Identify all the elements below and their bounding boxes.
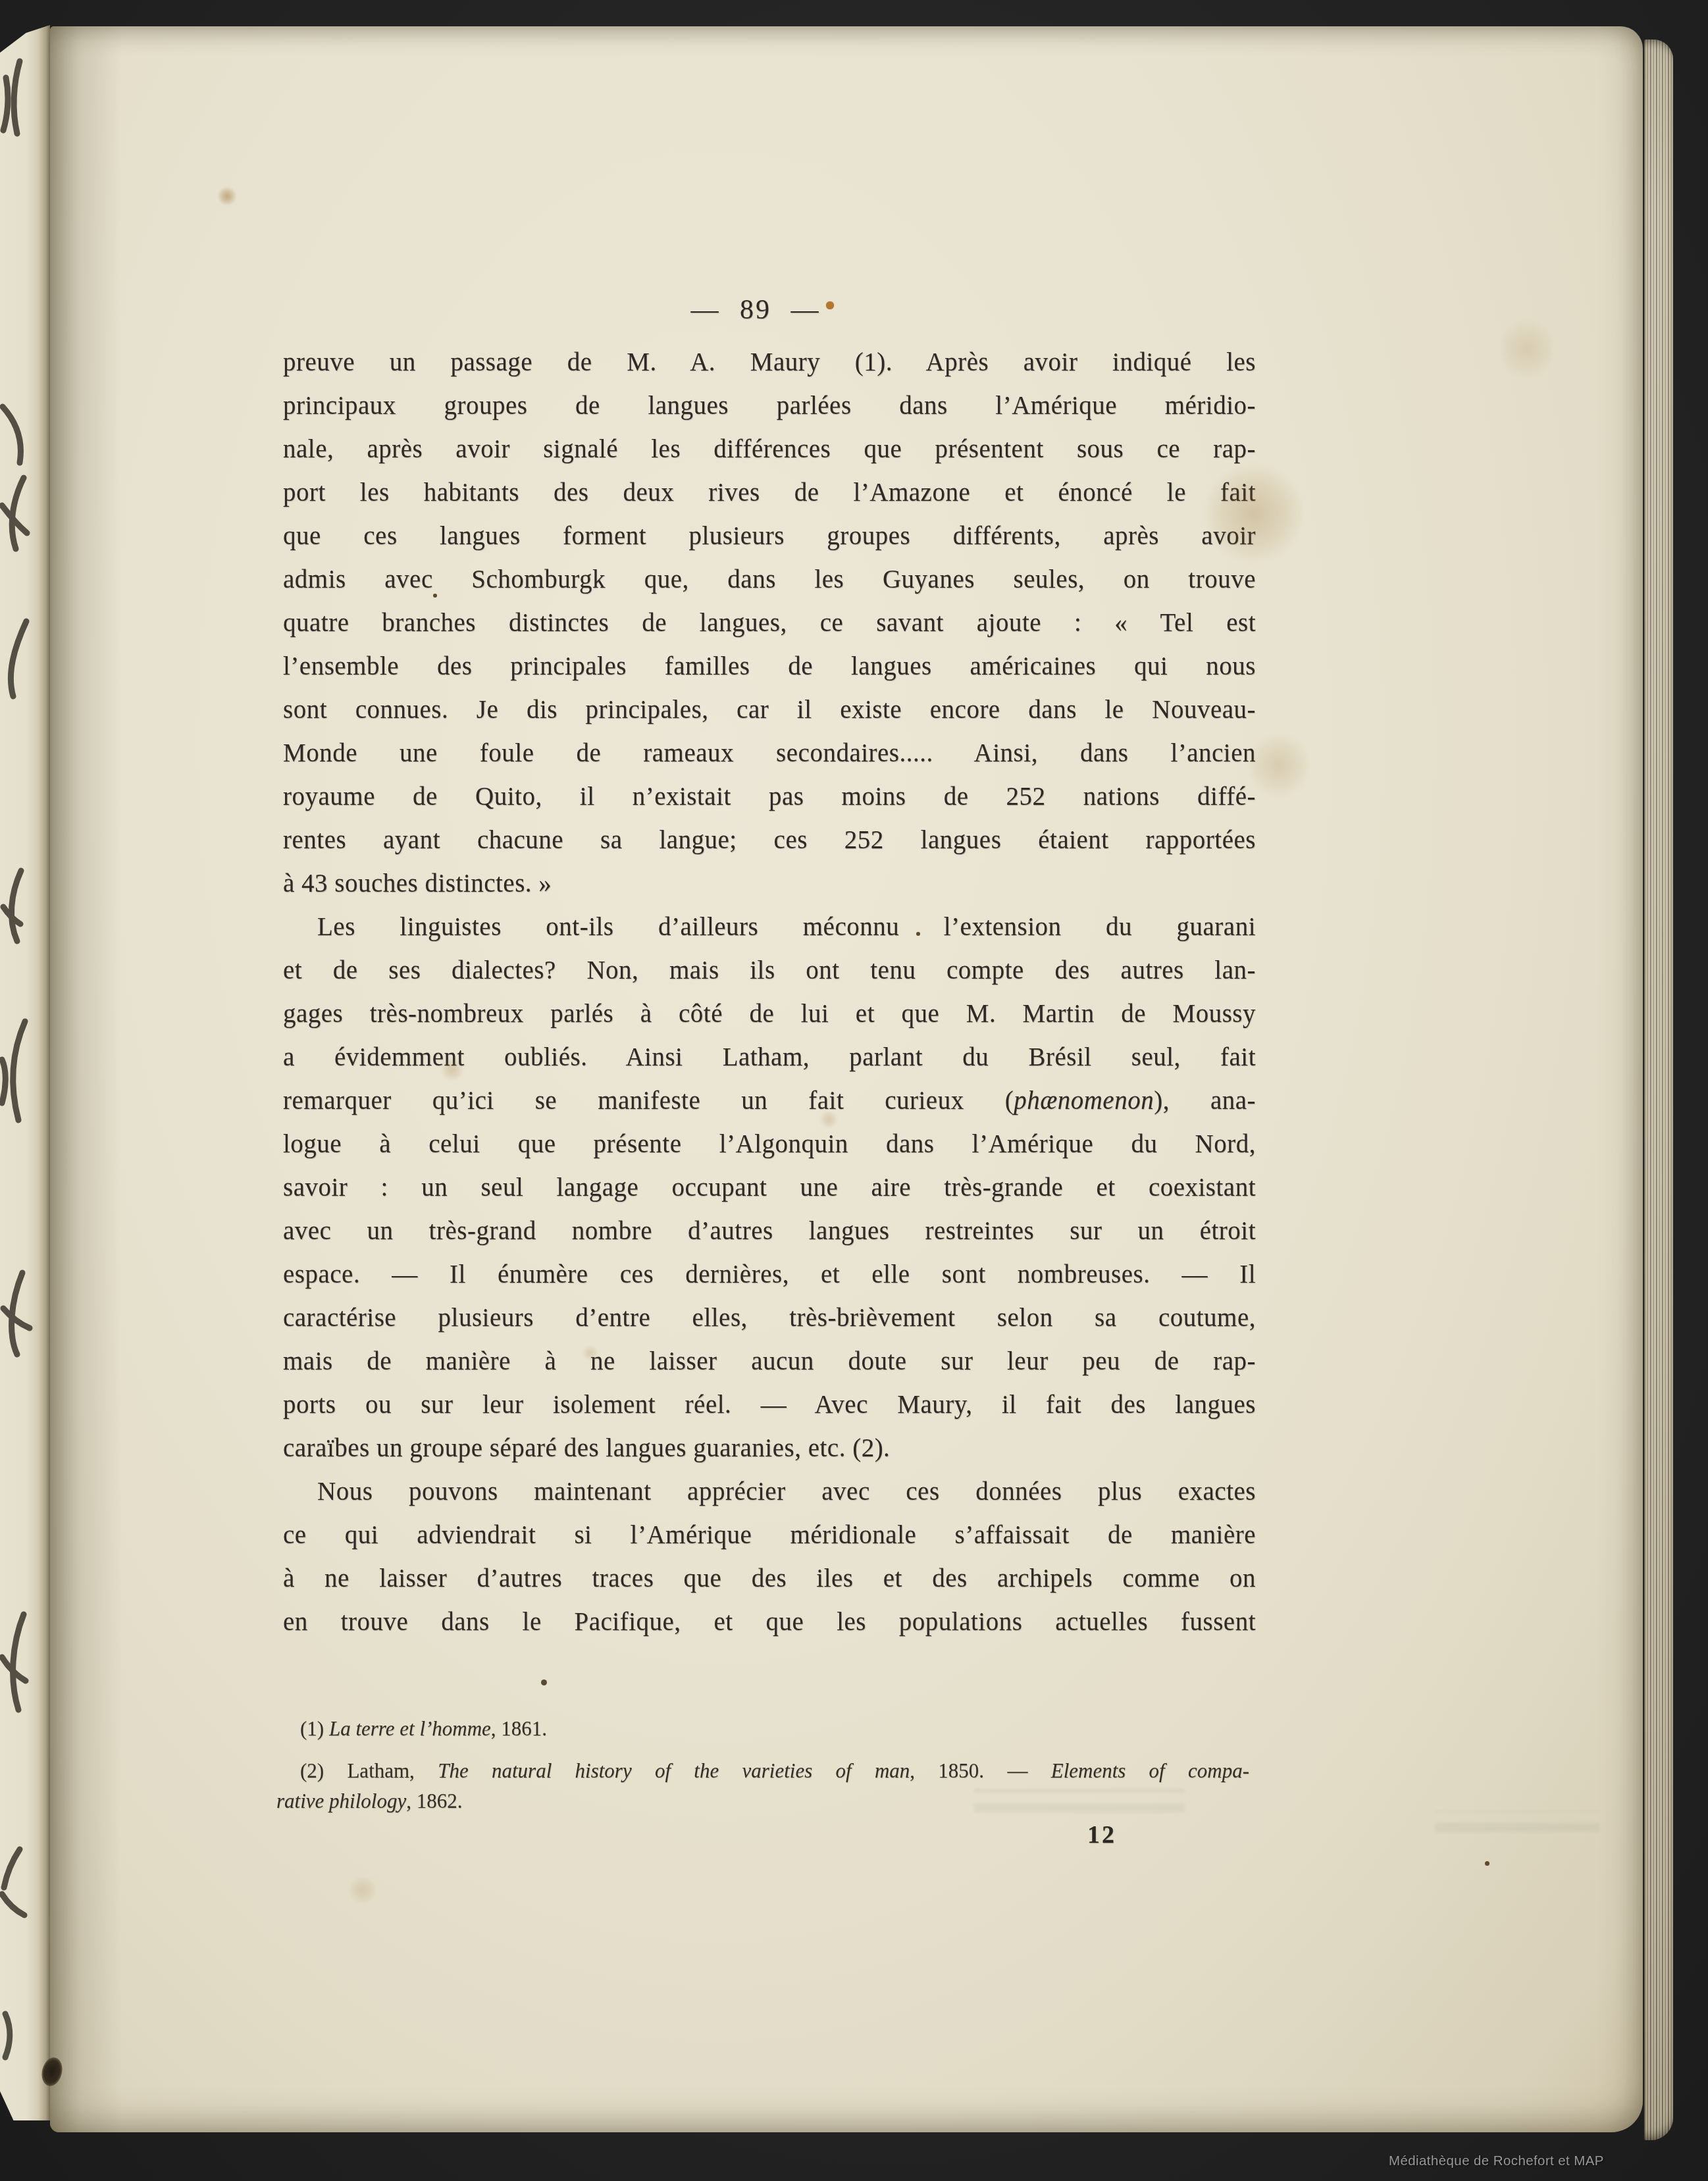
fox-stain	[217, 187, 237, 205]
body-line: avec un très-grand nombre d’autres langu…	[283, 1210, 1256, 1253]
fox-stain	[1247, 731, 1310, 800]
fox-stain	[348, 1877, 378, 1903]
body-line: gages très-nombreux parlés à côté de lui…	[283, 992, 1256, 1036]
page-fore-edge	[1644, 39, 1673, 2140]
body-line: quatre branches distinctes de langues, c…	[283, 602, 1256, 645]
body-line: remarquer qu’ici se manifeste un fait cu…	[283, 1079, 1256, 1123]
body-line: ce qui adviendrait si l’Amérique méridio…	[283, 1514, 1256, 1557]
library-watermark: Médiathèque de Rochefort et MAP	[1389, 2153, 1604, 2169]
dust-speck	[433, 594, 437, 598]
body-line: ports ou sur leur isolement réel. — Avec…	[283, 1383, 1256, 1427]
footnote-title: The natural history of the varieties of …	[438, 1759, 910, 1782]
body-line: admis avec Schomburgk que, dans les Guya…	[283, 558, 1256, 602]
body-line: principaux groupes de langues parlées da…	[283, 384, 1256, 428]
body-line: preuve un passage de M. A. Maury (1). Ap…	[283, 341, 1256, 384]
showthrough-ghost	[974, 1789, 1185, 1818]
showthrough-ghost	[1435, 1811, 1599, 1837]
page-number-header: — 89 —	[269, 294, 1242, 326]
body-line: et de ses dialectes? Non, mais ils ont t…	[283, 949, 1256, 992]
body-line: port les habitants des deux rives de l’A…	[283, 471, 1256, 515]
body-line: nale, après avoir signalé les différence…	[283, 428, 1256, 471]
body-line: à 43 souches distinctes. »	[283, 862, 1256, 906]
scanned-page: — 89 — preuve un passage de M. A. Maury …	[50, 26, 1643, 2132]
fox-stain	[1501, 316, 1553, 382]
signature-number: 12	[1087, 1820, 1116, 1849]
body-line: en trouve dans le Pacifique, et que les …	[283, 1601, 1256, 1644]
italic-term: phænomenon	[1014, 1087, 1154, 1115]
footnote-title: Elements of compa-	[1051, 1759, 1249, 1782]
facing-page-edge	[0, 25, 50, 2120]
body-line: sont connues. Je dis principales, car il…	[283, 688, 1256, 732]
body-line: Monde une foule de rameaux secondaires..…	[283, 732, 1256, 775]
body-line: Nous pouvons maintenant apprécier avec c…	[283, 1470, 1256, 1514]
body-line: que ces langues forment plusieurs groupe…	[283, 515, 1256, 558]
body-text: preuve un passage de M. A. Maury (1). Ap…	[283, 341, 1256, 1644]
footnote-1: (1) La terre et l’homme, 1861.	[276, 1714, 1249, 1744]
body-line: Les linguistes ont-ils d’ailleurs méconn…	[283, 906, 1256, 949]
body-line: caractérise plusieurs d’entre elles, trè…	[283, 1296, 1256, 1340]
footnote-title: rative philology	[276, 1789, 406, 1812]
dust-speck	[541, 1680, 547, 1685]
body-line: savoir : un seul langage occupant une ai…	[283, 1166, 1256, 1210]
fox-stain	[1204, 461, 1303, 566]
dust-speck	[916, 932, 920, 936]
book-scan-scene: — 89 — preuve un passage de M. A. Maury …	[0, 0, 1708, 2181]
footnote-title: La terre et l’homme	[329, 1717, 491, 1740]
body-line: caraïbes un groupe séparé des langues gu…	[283, 1427, 1256, 1470]
body-line: mais de manière à ne laisser aucun doute…	[283, 1340, 1256, 1383]
body-line: l’ensemble des principales familles de l…	[283, 645, 1256, 688]
footnote-2-line-1: (2) Latham, The natural history of the v…	[276, 1756, 1249, 1786]
body-line: logue à celui que présente l’Algonquin d…	[283, 1123, 1256, 1166]
body-line: à ne laisser d’autres traces que des ile…	[283, 1557, 1256, 1601]
gutter-shadow	[50, 26, 122, 2132]
ink-dot	[826, 301, 834, 309]
dust-speck	[1485, 1861, 1489, 1866]
body-line: espace. — Il énumère ces dernières, et e…	[283, 1253, 1256, 1296]
fox-stain	[819, 1111, 839, 1128]
fox-stain	[440, 1058, 465, 1081]
body-line: royaume de Quito, il n’existait pas moin…	[283, 775, 1256, 819]
handwriting-marks	[0, 25, 50, 2120]
body-line: a évidemment oubliés. Ainsi Latham, parl…	[283, 1036, 1256, 1079]
fox-stain	[582, 1345, 599, 1361]
body-line: rentes ayant chacune sa langue; ces 252 …	[283, 819, 1256, 862]
